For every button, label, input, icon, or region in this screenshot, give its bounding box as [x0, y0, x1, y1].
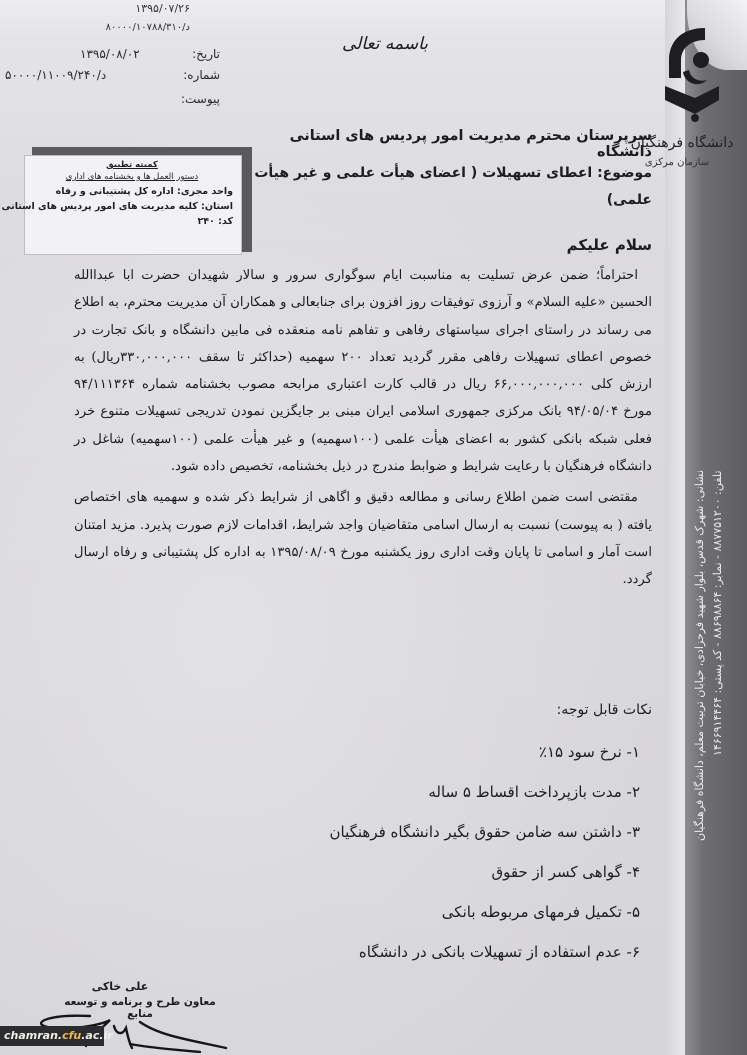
watermark-suffix: .ac.ir [81, 1029, 113, 1042]
compliance-stamp: کمیته تطبیق دستور العمل ها و بخشنامه های… [24, 155, 242, 255]
bismillah-heading: باسمه تعالی [315, 34, 455, 54]
stamp-province: استان: کلیه مدیریت های امور پردیس های اس… [31, 201, 233, 212]
registry-date: ۱۳۹۵/۰۷/۲۶ [90, 2, 190, 15]
number-label: شماره: [183, 68, 220, 82]
university-logo-icon [655, 20, 725, 130]
note-item: ۱- نرخ سود ۱۵٪ [232, 732, 640, 772]
date-label: تاریخ: [192, 47, 220, 61]
note-item: ۵- تکمیل فرمهای مربوطه بانکی [232, 892, 640, 932]
note-item: ۶- عدم استفاده از تسهیلات بانکی در دانشگ… [232, 932, 640, 972]
subject-line: موضوع: اعطای تسهیلات ( اعضای هیأت علمی و… [252, 160, 652, 214]
site-watermark: chamran.cfu.ac.ir [0, 1026, 104, 1046]
attachment-label: پیوست: [181, 92, 220, 106]
notes-title: نکات قابل توجه: [557, 702, 652, 718]
date-value: ۱۳۹۵/۰۸/۰۲ [80, 47, 140, 61]
vertical-address: نشانی: شهرک قدس، بلوار شهید فرحزادی، خیا… [691, 470, 739, 1030]
number-value: ۵۰۰۰۰/۱۱۰۰۹/۲۴۰/د [5, 68, 106, 82]
note-item: ۲- مدت بازپرداخت اقساط ۵ ساله [232, 772, 640, 812]
footer-contact: تلفن: ۸۸۷۷۵۱۲۰۰ - نمابر: ۸۸۶۹۸۸۶۴ - کد پ… [709, 470, 727, 1030]
attachment-row: پیوست: [120, 92, 220, 110]
body-paragraph-2: مقتضی است ضمن اطلاع رسانی و مطالعه دقیق … [74, 484, 652, 593]
letter-body: احتراماً؛ ضمن عرض تسلیت به مناسبت ایام س… [74, 262, 652, 594]
stamp-title: کمیته تطبیق [31, 160, 233, 170]
date-row: تاریخ: ۱۳۹۵/۰۸/۰۲ [80, 47, 220, 65]
stamp-subtitle: دستور العمل ها و بخشنامه های اداری [31, 172, 233, 182]
signatory-name: علی خاکی [60, 980, 180, 993]
watermark-accent: cfu [62, 1029, 81, 1042]
body-paragraph-1: احتراماً؛ ضمن عرض تسلیت به مناسبت ایام س… [74, 262, 652, 480]
stamp-code: کد: ۲۴۰ [31, 216, 233, 227]
footer-address: نشانی: شهرک قدس، بلوار شهید فرحزادی، خیا… [691, 470, 709, 1030]
number-row: شماره: ۵۰۰۰۰/۱۱۰۰۹/۲۴۰/د [5, 68, 220, 86]
note-item: ۴- گواهی کسر از حقوق [232, 852, 640, 892]
greeting: سلام علیکم [452, 236, 652, 254]
addressee: سرپرستان محترم مدیریت امور پردیس های است… [232, 128, 652, 160]
note-item: ۳- داشتن سه ضامن حقوق بگیر دانشگاه فرهنگ… [232, 812, 640, 852]
notes-list: ۱- نرخ سود ۱۵٪ ۲- مدت بازپرداخت اقساط ۵ … [232, 732, 652, 972]
scanned-letter-page: نشانی: شهرک قدس، بلوار شهید فرحزادی، خیا… [0, 0, 747, 1055]
registry-number: ۸۰۰۰۰/۱۰۷۸۸/۳۱۰/د [86, 22, 190, 33]
watermark-prefix: chamran. [4, 1029, 62, 1042]
stamp-unit: واحد مجری: اداره کل پشتیبانی و رفاه [31, 186, 233, 197]
